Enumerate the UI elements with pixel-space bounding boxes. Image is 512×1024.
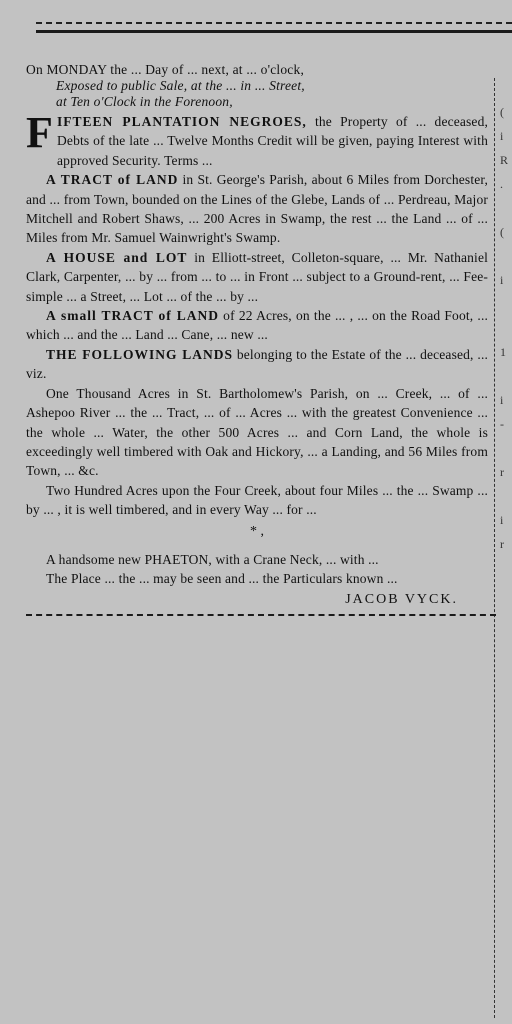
section-heading: A small TRACT of LAND — [46, 308, 219, 323]
intro-line-2: Exposed to public Sale, at the ... in ..… — [26, 78, 488, 94]
closing-rule — [26, 614, 496, 616]
intro-line-3: at Ten o'Clock in the Forenoon, — [26, 94, 488, 110]
dropcap-letter: F — [26, 114, 53, 152]
adjacent-column-fragment: ( i R . ( i 1 i - r i r — [500, 100, 512, 1000]
section-text: The Place ... the ... may be seen and ..… — [46, 571, 398, 586]
section-heading: IFTEEN PLANTATION NEGROES, — [57, 114, 307, 129]
section-small-tract: A small TRACT of LAND of 22 Acres, on th… — [26, 306, 488, 345]
section-heading: THE FOLLOWING LANDS — [46, 347, 233, 362]
advertiser-signature: JACOB VYCK. — [26, 592, 458, 608]
intro-line-1: On MONDAY the ... Day of ... next, at ..… — [26, 62, 304, 77]
section-following-lands: THE FOLLOWING LANDS belonging to the Est… — [26, 345, 488, 384]
section-house-and-lot: A HOUSE and LOT in Elliott-street, Colle… — [26, 248, 488, 306]
section-tract-of-land: A TRACT of LAND in St. George's Parish, … — [26, 170, 488, 248]
section-negroes: F IFTEEN PLANTATION NEGROES, the Propert… — [26, 112, 488, 170]
ornament-divider: * , — [26, 524, 488, 544]
section-one-thousand-acres: One Thousand Acres in St. Bartholomew's … — [26, 384, 488, 481]
previous-article-fragment — [40, 0, 510, 4]
advertisement-column: On MONDAY the ... Day of ... next, at ..… — [26, 62, 488, 616]
section-heading: A TRACT of LAND — [46, 172, 178, 187]
advertisement-intro: On MONDAY the ... Day of ... next, at ..… — [26, 62, 488, 110]
section-text: Two Hundred Acres upon the Four Creek, a… — [26, 483, 488, 517]
section-text: One Thousand Acres in St. Bartholomew's … — [26, 386, 488, 479]
section-place-of-sale: The Place ... the ... may be seen and ..… — [26, 569, 488, 588]
section-rule-top — [36, 22, 512, 24]
section-phaeton: A handsome new PHAETON, with a Crane Nec… — [26, 550, 488, 569]
column-divider — [494, 78, 495, 1018]
section-rule-bottom — [36, 30, 512, 33]
section-heading: A HOUSE and LOT — [46, 250, 187, 265]
section-two-hundred-acres: Two Hundred Acres upon the Four Creek, a… — [26, 481, 488, 520]
section-text: A handsome new PHAETON, with a Crane Nec… — [46, 552, 379, 567]
